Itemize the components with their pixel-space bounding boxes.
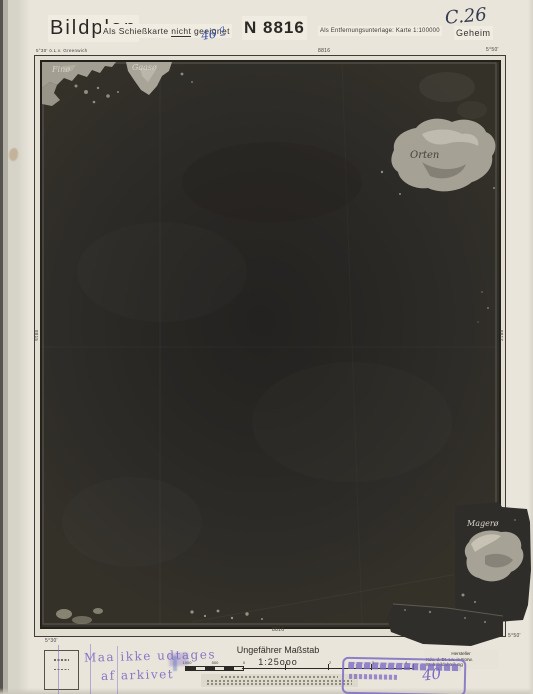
place-label-finoe: Finø [51,65,70,74]
margin-right-side: 8817 [499,330,504,341]
place-label-mageroe: Magerø [466,519,499,528]
stamp-text-row [348,662,460,671]
scale-tick-label: 1 [286,660,288,665]
place-label-gaasoe: Gaasø [132,63,157,72]
margin-bottom-center: 8816 [272,627,284,633]
suitability-emphasis: nicht [171,26,191,37]
purple-office-stamp: 40 [342,657,467,694]
margin-top-right: 5°50' [486,47,499,53]
scan-edge-shadow [0,0,30,694]
sheet-number: N 8816 [244,18,305,38]
photo-overhang-bottom [385,596,505,654]
scale-tick-label: 0 [243,660,245,665]
margin-left-side: 8815 [34,330,39,341]
archive-stamp-box [44,650,79,690]
place-label-orten: Orten [410,150,439,161]
margin-top-left: 5°30' ö.L.v. Greenwich [36,48,87,53]
aerial-photo-svg: Finø Gaasø Orten [42,62,497,625]
blue-number: 46 [200,27,217,43]
distance-note: Als Entfernungsunterlage: Karte 1:100000 [320,28,440,34]
margin-bottom-right: 5°50' [508,633,521,639]
ink-stroke [90,644,91,694]
blue-ink-mark [173,656,177,671]
fine-print-lines [201,674,358,687]
handwritten-blue-number: 46 a [200,24,227,43]
stamp-text-row [349,674,397,680]
scanned-bildplan-sheet: Bildplan Als Schießkarte nicht geeignet … [0,0,533,694]
ink-stroke [117,646,118,694]
scale-bar-blocks [185,666,244,671]
scale-bar-tick [328,664,329,670]
handwritten-file-number: C.26 [444,4,487,29]
margin-top-center: 8816 [318,48,330,54]
handwritten-stamp-number: 40 [421,665,442,685]
ink-stroke [58,645,59,694]
classification-label: Geheim [456,28,491,38]
scale-tick-label: 2 [329,660,331,665]
margin-bottom-left: 5°30' [45,638,58,644]
archive-note-line2: af arkivet [101,667,174,683]
suitability-prefix: Als Schießkarte [103,26,171,36]
scale-bar-tick [285,664,286,670]
ink-smudge [169,653,189,667]
